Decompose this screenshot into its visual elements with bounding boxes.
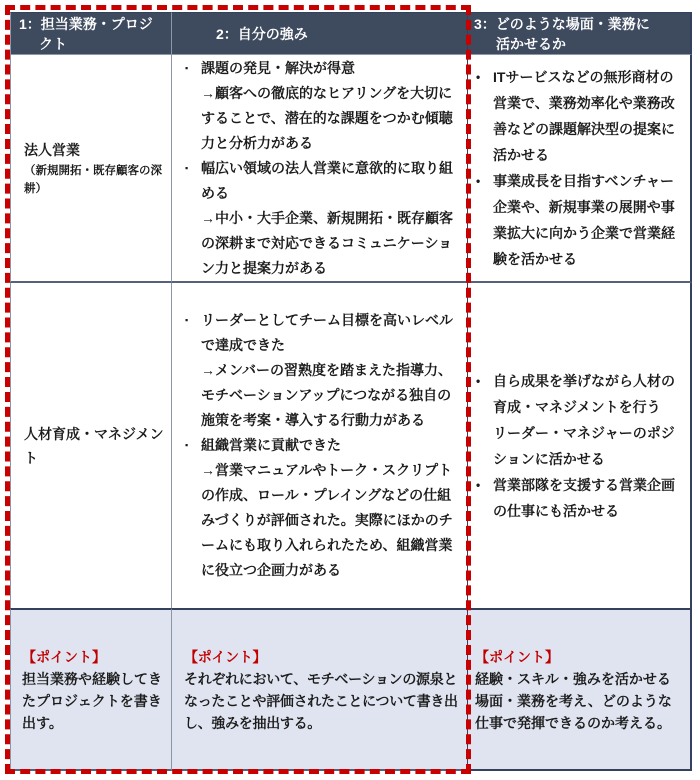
list-item: ▪ 組織営業に貢献できた →営業マニュアルやトーク・スクリプトの作成、ロール・プ… bbox=[185, 433, 453, 583]
cell-project-corporate-sales: 法人営業 （新規開拓・既存顧客の深耕） bbox=[10, 55, 172, 283]
strength-text: 課題の発見・解決が得意 →顧客への徹底的なヒアリングを大切にすることで、潜在的な… bbox=[201, 56, 453, 156]
self-analysis-table: 1：担当業務・プロジ クト 2：自分の強み 3：どのような場面・業務に 活かせる… bbox=[10, 12, 692, 771]
header-col-projects-label: 1：担当業務・プロジ クト bbox=[11, 14, 153, 54]
strength-text: 幅広い領域の法人営業に意欲的に取り組める →中小・大手企業、新規開拓・既存顧客の… bbox=[201, 156, 453, 281]
dot-bullet-icon: • bbox=[476, 64, 493, 90]
list-item: • 事業成長を目指すベンチャー企業や、新規事業の展開や事業拡大に向かう企業で営業… bbox=[476, 168, 676, 272]
header-col-strengths: 2：自分の強み bbox=[172, 12, 467, 55]
list-item: ▪ 幅広い領域の法人営業に意欲的に取り組める →中小・大手企業、新規開拓・既存顧… bbox=[185, 156, 453, 281]
dot-bullet-icon: • bbox=[476, 368, 493, 394]
point-text: それぞれにおいて、モチベーションの源泉となったことや評価されたことについて書き出… bbox=[184, 668, 459, 734]
project-title: 人材育成・マネジメント bbox=[24, 422, 171, 470]
project-subtitle: （新規開拓・既存顧客の深耕） bbox=[24, 162, 171, 198]
list-item: ▪ 課題の発見・解決が得意 →顧客への徹底的なヒアリングを大切にすることで、潜在… bbox=[185, 56, 453, 156]
point-cell-projects: 【ポイント】 担当業務や経験してきたプロジェクトを書き出す。 bbox=[10, 608, 172, 771]
square-bullet-icon: ▪ bbox=[185, 156, 201, 181]
square-bullet-icon: ▪ bbox=[185, 433, 201, 458]
header-col-applications-label: 3：どのような場面・業務に 活かせるか bbox=[468, 14, 650, 54]
header-col-projects: 1：担当業務・プロジ クト bbox=[10, 12, 172, 55]
project-title: 法人営業 bbox=[24, 138, 171, 162]
cell-strengths-hr-management: ▪ リーダーとしてチーム目標を高いレベルで達成できた →メンバーの習熟度を踏まえ… bbox=[172, 283, 467, 608]
application-text: 営業部隊を支援する営業企画の仕事にも活かせる bbox=[493, 472, 676, 524]
square-bullet-icon: ▪ bbox=[185, 56, 201, 81]
dot-bullet-icon: • bbox=[476, 472, 493, 498]
point-text: 担当業務や経験してきたプロジェクトを書き出す。 bbox=[22, 668, 165, 734]
application-text: 事業成長を目指すベンチャー企業や、新規事業の展開や事業拡大に向かう企業で営業経験… bbox=[493, 168, 676, 272]
point-label: 【ポイント】 bbox=[475, 646, 684, 668]
list-item: • 営業部隊を支援する営業企画の仕事にも活かせる bbox=[476, 472, 676, 524]
square-bullet-icon: ▪ bbox=[185, 308, 201, 333]
list-item: • 自ら成果を挙げながら人材の育成・マネジメントを行う リーダー・マネジャーのポ… bbox=[476, 368, 676, 472]
point-cell-strengths: 【ポイント】 それぞれにおいて、モチベーションの源泉となったことや評価されたこと… bbox=[172, 608, 467, 771]
point-label: 【ポイント】 bbox=[184, 646, 459, 668]
point-text: 経験・スキル・強みを活かせる場面・業務を考え、どのような仕事で発揮できるのか考え… bbox=[475, 668, 684, 734]
list-item: • ITサービスなどの無形商材の営業で、業務効率化や業務改善などの課題解決型の提… bbox=[476, 64, 676, 168]
list-item: ▪ リーダーとしてチーム目標を高いレベルで達成できた →メンバーの習熟度を踏まえ… bbox=[185, 308, 453, 433]
dot-bullet-icon: • bbox=[476, 168, 493, 194]
application-text: ITサービスなどの無形商材の営業で、業務効率化や業務改善などの課題解決型の提案に… bbox=[493, 64, 676, 168]
strength-text: リーダーとしてチーム目標を高いレベルで達成できた →メンバーの習熟度を踏まえた指… bbox=[201, 308, 453, 433]
cell-project-hr-management: 人材育成・マネジメント bbox=[10, 283, 172, 608]
strength-text: 組織営業に貢献できた →営業マニュアルやトーク・スクリプトの作成、ロール・プレイ… bbox=[201, 433, 453, 583]
header-col-strengths-label: 2：自分の強み bbox=[172, 24, 308, 44]
cell-applications-hr-management: • 自ら成果を挙げながら人材の育成・マネジメントを行う リーダー・マネジャーのポ… bbox=[467, 283, 692, 608]
application-text: 自ら成果を挙げながら人材の育成・マネジメントを行う リーダー・マネジャーのポジシ… bbox=[493, 368, 676, 472]
point-label: 【ポイント】 bbox=[22, 646, 165, 668]
header-col-applications: 3：どのような場面・業務に 活かせるか bbox=[467, 12, 692, 55]
cell-strengths-corporate-sales: ▪ 課題の発見・解決が得意 →顧客への徹底的なヒアリングを大切にすることで、潜在… bbox=[172, 55, 467, 283]
point-cell-applications: 【ポイント】 経験・スキル・強みを活かせる場面・業務を考え、どのような仕事で発揮… bbox=[467, 608, 692, 771]
cell-applications-corporate-sales: • ITサービスなどの無形商材の営業で、業務効率化や業務改善などの課題解決型の提… bbox=[467, 55, 692, 283]
